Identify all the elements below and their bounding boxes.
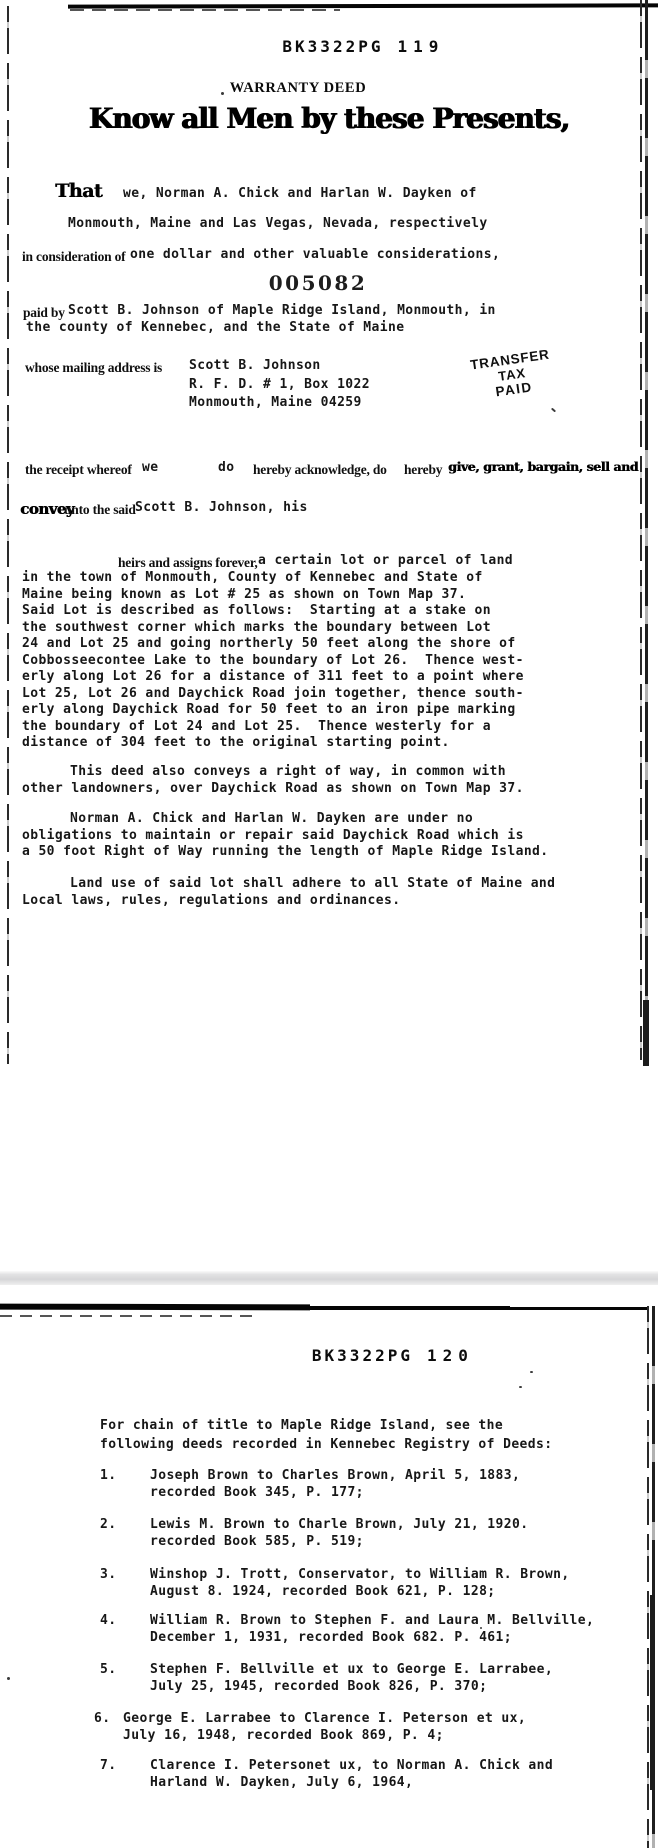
- page1-top-edge-underline: [70, 9, 340, 11]
- item-line-2: recorded Book 345, P. 177;: [150, 1485, 364, 1500]
- description-line: erly along Daychick Road for 50 feet to …: [22, 702, 524, 719]
- unto-the-said-label: unto the said: [64, 502, 136, 518]
- description-line: the boundary of Lot 24 and Lot 25. Thenc…: [22, 719, 524, 736]
- obligations-line-1: Norman A. Chick and Harlan W. Dayken are…: [70, 811, 473, 826]
- item-line-2: July 25, 1945, recorded Book 826, P. 370…: [150, 1679, 487, 1694]
- page-number: 119: [397, 37, 444, 56]
- item-line-1: George E. Larrabee to Clarence I. Peters…: [123, 1711, 526, 1726]
- address-line: Scott B. Johnson: [189, 357, 370, 376]
- deed-headline: Know all Men by these Presents,: [0, 102, 658, 135]
- address-line: Monmouth, Maine 04259: [189, 394, 370, 413]
- scan-speck: [221, 92, 224, 95]
- item-line-2: recorded Book 585, P. 519;: [150, 1534, 364, 1549]
- page2-right-border-line-outer: [647, 1306, 649, 1848]
- page1-right-border-line-outer: [640, 0, 642, 1060]
- page1-left-border-line: [7, 6, 9, 1064]
- scan-speck: [7, 1677, 10, 1680]
- consideration-text: one dollar and other valuable considerat…: [130, 247, 500, 262]
- heirs-assigns-label: heirs and assigns forever,: [118, 555, 258, 571]
- deed-type-title: WARRANTY DEED: [0, 80, 596, 97]
- right-of-way-line-2: other landowners, over Daychick Road as …: [22, 781, 524, 796]
- consideration-label: in consideration of: [22, 249, 125, 265]
- mailing-address-block: Scott B. Johnson R. F. D. # 1, Box 1022 …: [189, 357, 370, 413]
- scan-speck: [519, 1386, 522, 1388]
- item-line-1: Joseph Brown to Charles Brown, April 5, …: [150, 1468, 520, 1483]
- paid-by-line-1: Scott B. Johnson of Maple Ridge Island, …: [68, 303, 496, 318]
- receipt-pronoun: we: [142, 460, 158, 475]
- obligations-line-3: a 50 foot Right of Way running the lengt…: [22, 844, 549, 859]
- item-line-2: Harland W. Dayken, July 6, 1964,: [150, 1775, 413, 1790]
- land-use-line-1: Land use of said lot shall adhere to all…: [70, 876, 555, 891]
- description-line: Lot 25, Lot 26 and Daychick Road join to…: [22, 686, 524, 703]
- book-page-header-1: BK3322PG119: [0, 18, 651, 75]
- address-line: R. F. D. # 1, Box 1022: [189, 376, 370, 395]
- page1-right-border-line-inner: [645, 0, 648, 1002]
- heirs-assigns-text: a certain lot or parcel of land: [258, 553, 513, 568]
- item-line-1: William R. Brown to Stephen F. and Laura…: [150, 1613, 594, 1628]
- chain-of-title-intro: For chain of title to Maple Ridge Island…: [100, 1417, 552, 1454]
- page1-right-border-thick-segment: [643, 1000, 649, 1066]
- description-line: Maine being known as Lot # 25 as shown o…: [22, 587, 524, 604]
- paid-by-label: paid by: [23, 305, 65, 321]
- scan-speck: [530, 1371, 533, 1373]
- scanned-deed-viewer: BK3322PG119 WARRANTY DEED Know all Men b…: [0, 0, 658, 1848]
- page2-top-edge-line-mid: [300, 1306, 510, 1310]
- intro-line: following deeds recorded in Kennebec Reg…: [100, 1436, 552, 1455]
- item-line-2: July 16, 1948, recorded Book 869, P. 4;: [123, 1728, 444, 1743]
- item-line-1: Winshop J. Trott, Conservator, to Willia…: [150, 1567, 570, 1582]
- page-gap-divider: [0, 1271, 658, 1285]
- obligations-line-2: obligations to maintain or repair said D…: [22, 828, 524, 843]
- page2-right-border-thick-segment: [650, 1595, 655, 1790]
- land-use-line-2: Local laws, rules, regulations and ordin…: [22, 893, 400, 908]
- that-word: That: [55, 180, 102, 202]
- description-line: the southwest corner which marks the bou…: [22, 620, 524, 637]
- item-line-1: Clarence I. Petersonet ux, to Norman A. …: [150, 1758, 553, 1773]
- book-code: BK3322PG: [282, 37, 383, 56]
- item-line-2: December 1, 1931, recorded Book 682. P. …: [150, 1630, 512, 1645]
- page2-top-edge-line-left: [0, 1304, 310, 1311]
- transfer-tax-paid-stamp: TRANSFER TAX PAID: [463, 346, 560, 403]
- grantors-line: we, Norman A. Chick and Harlan W. Dayken…: [123, 186, 477, 201]
- description-line: erly along Lot 26 for a distance of 311 …: [22, 669, 524, 686]
- description-line: Said Lot is described as follows: Starti…: [22, 603, 524, 620]
- description-line: Cobbosseecontee Lake to the boundary of …: [22, 653, 524, 670]
- page1-top-edge-line: [68, 3, 658, 8]
- intro-line: For chain of title to Maple Ridge Island…: [100, 1417, 552, 1436]
- mailing-address-label: whose mailing address is: [25, 360, 162, 376]
- page2-top-edge-underline: [0, 1315, 260, 1317]
- receipt-do: do: [218, 460, 234, 475]
- item-number: 7.: [100, 1758, 116, 1773]
- page2-top-edge-line-right: [500, 1307, 648, 1310]
- description-line: in the town of Monmouth, County of Kenne…: [22, 570, 524, 587]
- receipt-hereby: hereby: [404, 462, 442, 478]
- property-description: in the town of Monmouth, County of Kenne…: [22, 570, 524, 752]
- receipt-acknowledge: hereby acknowledge, do: [253, 462, 387, 478]
- item-line-2: August 8. 1924, recorded Book 621, P. 12…: [150, 1584, 496, 1599]
- item-number: 2.: [100, 1517, 116, 1532]
- book-page-header-2: BK3322PG120: [26, 1327, 658, 1384]
- scan-speck: [551, 408, 556, 413]
- item-number: 6.: [94, 1711, 110, 1726]
- description-line: distance of 304 feet to the original sta…: [22, 735, 524, 752]
- serial-number: 005082: [0, 271, 636, 295]
- item-line-1: Stephen F. Bellville et ux to George E. …: [150, 1662, 553, 1677]
- item-number: 3.: [100, 1567, 116, 1582]
- grantors-line-2: Monmouth, Maine and Las Vegas, Nevada, r…: [68, 216, 488, 231]
- right-of-way-line-1: This deed also conveys a right of way, i…: [70, 764, 506, 779]
- item-line-1: Lewis M. Brown to Charle Brown, July 21,…: [150, 1517, 528, 1532]
- receipt-whereof-label: the receipt whereof: [25, 462, 132, 478]
- paid-by-line-2: the county of Kennebec, and the State of…: [26, 320, 404, 335]
- grantee-name: Scott B. Johnson, his: [135, 500, 308, 515]
- item-number: 1.: [100, 1468, 116, 1483]
- scan-speck: [480, 1627, 482, 1629]
- description-line: 24 and Lot 25 and going northerly 50 fee…: [22, 636, 524, 653]
- page-number: 120: [427, 1346, 474, 1365]
- granting-words: give, grant, bargain, sell and: [448, 459, 638, 474]
- item-number: 5.: [100, 1662, 116, 1677]
- book-code: BK3322PG: [312, 1346, 413, 1365]
- item-number: 4.: [100, 1613, 116, 1628]
